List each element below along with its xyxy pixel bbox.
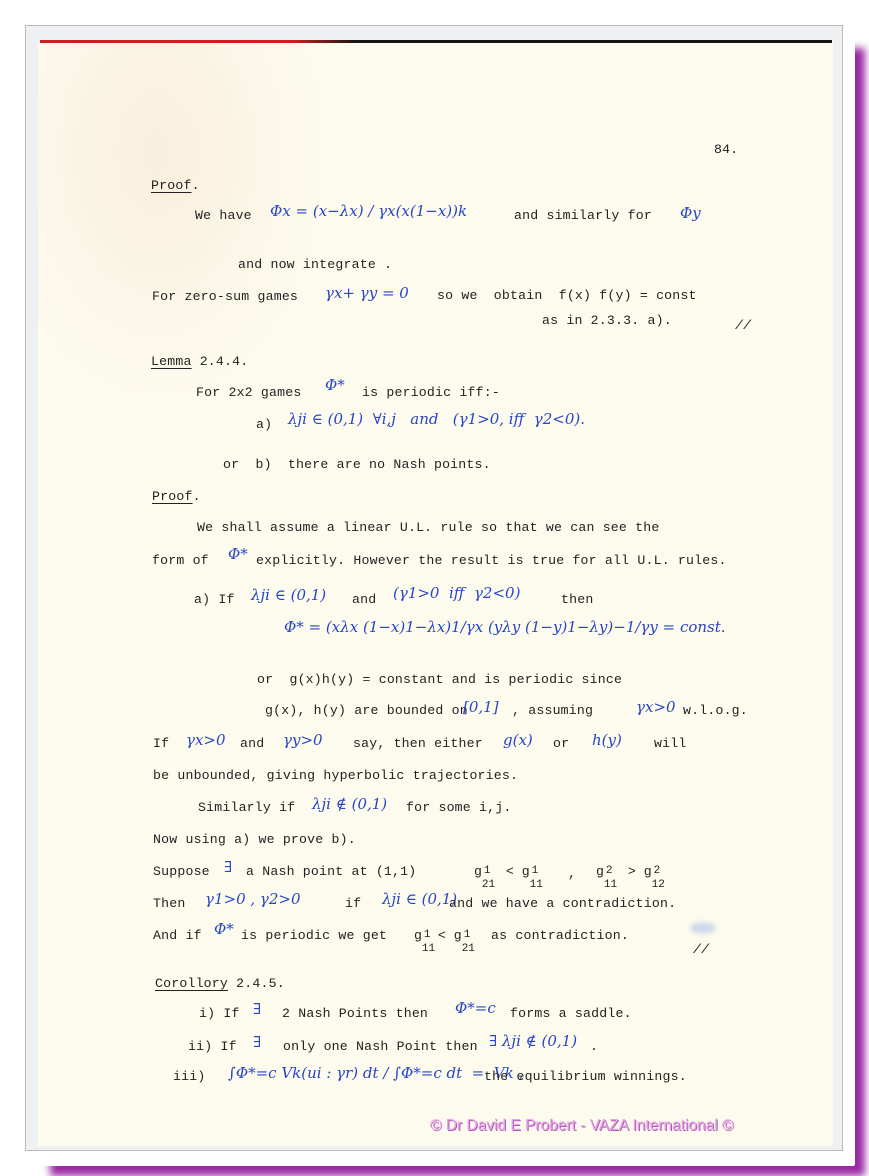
contradiction-text: and we have a contradiction. xyxy=(449,896,676,911)
corollary-item-3-label: iii) xyxy=(173,1069,205,1084)
inequality-2: g211 > g212 xyxy=(596,864,668,879)
superscript: 2 xyxy=(654,865,661,877)
case-a-if: a) If xyxy=(194,592,235,607)
as-in-text: as in 2.3.3. a). xyxy=(542,313,672,328)
qed-mark: // xyxy=(735,318,751,333)
handwritten-lambda-not-in: λji ∉ (0,1) xyxy=(312,795,387,813)
handwritten-phi-star-2: Φ* xyxy=(228,545,248,563)
proof2-line2: explicitly. However the result is true f… xyxy=(256,553,727,568)
corollary-item-2-end: . xyxy=(590,1039,598,1054)
corollary-item-1-label: i) If xyxy=(199,1006,240,1021)
condition-a-label: a) xyxy=(256,417,272,432)
subscript: 21 xyxy=(482,879,495,891)
g-symbol: g xyxy=(454,928,462,943)
superscript: 1 xyxy=(484,865,491,877)
handwritten-gamma-condition: (γ1>0 iff γ2<0) xyxy=(393,584,520,602)
if-text-2: if xyxy=(345,896,361,911)
lemma-number: 2.4.4. xyxy=(192,354,249,369)
copyright-watermark: © Dr David E Probert - VAZA Internationa… xyxy=(430,1117,733,1135)
handwritten-exists-1: ∃ xyxy=(253,1000,261,1018)
and-text: and xyxy=(352,592,376,607)
handwritten-zero-sum: γx+ γy = 0 xyxy=(325,284,409,302)
lemma-statement: For 2x2 games xyxy=(196,385,301,400)
handwritten-lambda-in: λji ∈ (0,1) xyxy=(251,586,326,604)
handwritten-gamma-y: γy>0 xyxy=(283,731,323,749)
subscript: 11 xyxy=(530,879,543,891)
similarly-if-text: Similarly if xyxy=(198,800,295,815)
subscript: 21 xyxy=(462,943,475,955)
lemma-heading: Lemma 2.4.4. xyxy=(151,354,248,369)
corollary-item-3-end: the equilibrium winnings. xyxy=(484,1069,687,1084)
corollary-heading-text: Corollory xyxy=(155,976,228,991)
corollary-number: 2.4.5. xyxy=(228,976,285,991)
ink-blot xyxy=(690,922,716,934)
form-of-text: form of xyxy=(152,553,209,568)
corollary-item-1-end: forms a saddle. xyxy=(510,1006,632,1021)
contradiction-text-2: as contradiction. xyxy=(491,928,629,943)
corollary-heading: Corollory 2.4.5. xyxy=(155,976,285,991)
handwritten-lambda-not-in-2: ∃ λji ∉ (0,1) xyxy=(489,1032,577,1050)
handwritten-g-x: g(x) xyxy=(503,731,533,749)
and-text-2: and xyxy=(240,736,264,751)
handwritten-interval: [0,1] xyxy=(463,698,499,716)
paper-top-edge xyxy=(40,40,832,43)
corollary-item-1-mid: 2 Nash Points then xyxy=(282,1006,428,1021)
handwritten-assumption: γx>0 xyxy=(636,698,676,716)
proof-heading-text: Proof xyxy=(151,178,192,193)
or-g-h-text: or g(x)h(y) = constant and is periodic s… xyxy=(257,672,622,687)
now-using-text: Now using a) we prove b). xyxy=(153,832,356,847)
operator: < xyxy=(506,864,514,879)
superscript: 1 xyxy=(532,865,539,877)
nash-point-text: a Nash point at (1,1) xyxy=(246,864,416,879)
handwritten-phi-x-formula: Φx = (x−λx) / γx(x(1−x))k xyxy=(270,202,467,220)
handwritten-integral-formula: ∫Φ*=c Vk(ui : γr) dt / ∫Φ*=c dt = Vk , xyxy=(228,1064,523,1082)
handwritten-gamma-x: γx>0 xyxy=(186,731,226,749)
if-text: If xyxy=(153,736,169,751)
bounded-text: g(x), h(y) are bounded on xyxy=(265,703,468,718)
unbounded-text: be unbounded, giving hyperbolic trajecto… xyxy=(153,768,518,783)
proof2-heading: Proof. xyxy=(152,489,201,504)
similarly-text: and similarly for xyxy=(514,208,652,223)
or-text: or xyxy=(553,736,569,751)
proof2-heading-dot: . xyxy=(193,489,201,504)
integrate-text: and now integrate . xyxy=(238,257,392,272)
qed-mark-2: // xyxy=(693,942,709,957)
lemma-heading-text: Lemma xyxy=(151,354,192,369)
proof2-heading-text: Proof xyxy=(152,489,193,504)
g-symbol: g xyxy=(644,864,652,879)
for-some-text: for some i,j. xyxy=(406,800,511,815)
handwritten-phi-formula: Φ* = (xλx (1−x)1−λx)1/γx (yλy (1−y)1−λy)… xyxy=(284,618,726,636)
obtain-text: so we obtain f(x) f(y) = const xyxy=(437,288,697,303)
handwritten-exists-2: ∃ xyxy=(253,1033,261,1051)
handwritten-gammas-positive: γ1>0 , γ2>0 xyxy=(205,890,301,908)
superscript: 1 xyxy=(464,929,471,941)
we-have-text: We have xyxy=(195,208,252,223)
handwritten-h-y: h(y) xyxy=(592,731,622,749)
inequality-3: g111< g121 xyxy=(414,928,478,943)
operator: < xyxy=(438,928,446,943)
comma: , xyxy=(568,866,576,881)
periodic-iff-text: is periodic iff:- xyxy=(362,385,500,400)
g-symbol: g xyxy=(414,928,422,943)
g-symbol: g xyxy=(596,864,604,879)
g-symbol: g xyxy=(474,864,482,879)
say-text: say, then either xyxy=(353,736,483,751)
superscript: 1 xyxy=(424,929,431,941)
then-text-2: Then xyxy=(153,896,185,911)
proof-heading: Proof. xyxy=(151,178,200,193)
handwritten-condition-a: λji ∈ (0,1) ∀i,j and (γ1>0, iff γ2<0). xyxy=(288,410,585,428)
then-text: then xyxy=(561,592,593,607)
subscript: 12 xyxy=(652,879,665,891)
handwritten-phi-star: Φ* xyxy=(325,376,345,394)
page-number: 84. xyxy=(714,142,738,157)
handwritten-phi-star-3: Φ* xyxy=(214,920,234,938)
superscript: 2 xyxy=(606,865,613,877)
suppose-text: Suppose xyxy=(153,864,210,879)
zero-sum-text: For zero-sum games xyxy=(152,289,298,304)
corollary-item-2-label: ii) If xyxy=(188,1039,237,1054)
will-text: will xyxy=(654,736,686,751)
handwritten-lambda-in-2: λji ∈ (0,1) xyxy=(382,890,457,908)
proof2-line1: We shall assume a linear U.L. rule so th… xyxy=(197,520,660,535)
proof-heading-dot: . xyxy=(192,178,200,193)
handwritten-exists: ∃ xyxy=(224,858,232,876)
operator: > xyxy=(628,864,636,879)
and-if-text: And if xyxy=(153,928,202,943)
g-symbol: g xyxy=(522,864,530,879)
handwritten-phi-y: Φy xyxy=(680,204,701,222)
periodic-get-text: is periodic we get xyxy=(241,928,387,943)
subscript: 11 xyxy=(422,943,435,955)
assuming-text: , assuming xyxy=(512,703,593,718)
corollary-item-2-mid: only one Nash Point then xyxy=(283,1039,478,1054)
inequality-1: g121 < g111 xyxy=(474,864,546,879)
subscript: 11 xyxy=(604,879,617,891)
handwritten-saddle-level: Φ*=c xyxy=(455,999,496,1017)
wlog-text: w.l.o.g. xyxy=(683,703,748,718)
condition-b: or b) there are no Nash points. xyxy=(223,457,491,472)
